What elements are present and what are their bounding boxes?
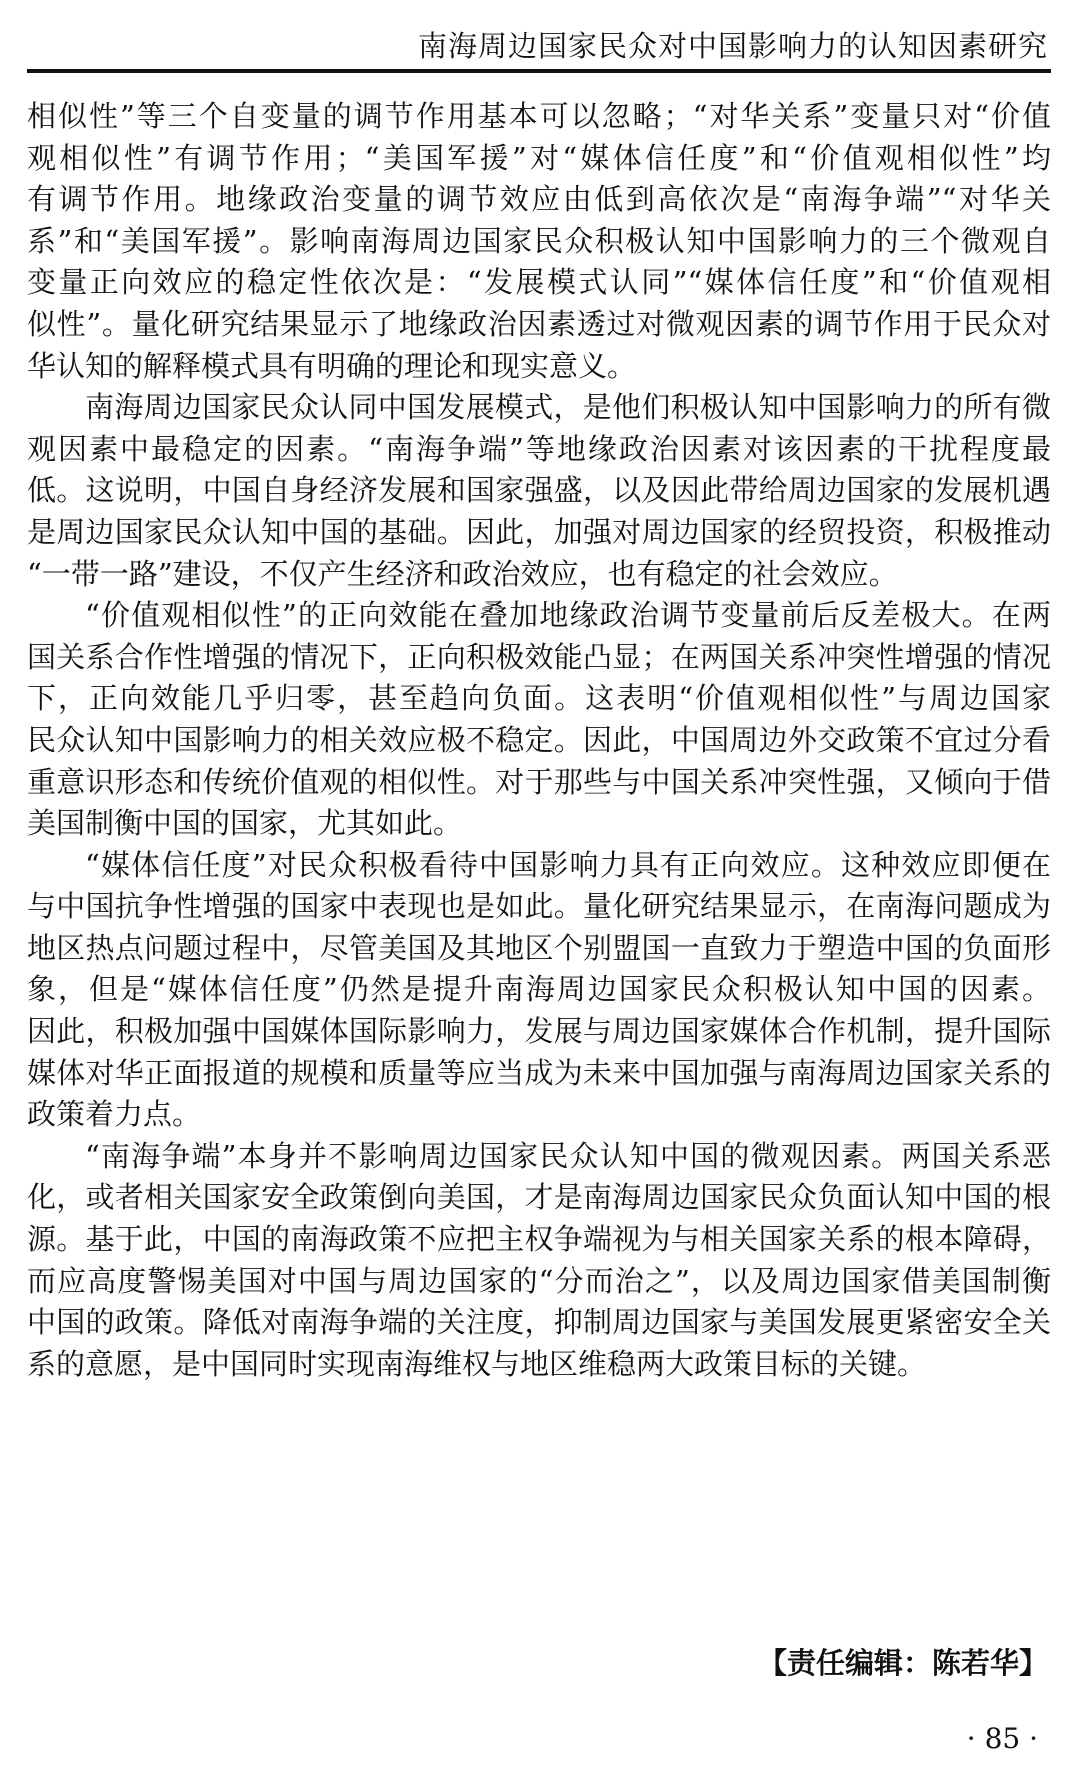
text-line: 有调节作用。地缘政治变量的调节效应由低到高依次是“南海争端”“对华关 — [27, 179, 1051, 221]
text-line: 与中国抗争性增强的国家中表现也是如此。量化研究结果显示，在南海问题成为 — [27, 886, 1051, 928]
text-line: 系”和“美国军援”。影响南海周边国家民众积极认知中国影响力的三个微观自 — [27, 221, 1051, 263]
editor-note: 【责任编辑：陈若华】 — [758, 1641, 1048, 1682]
text-line: 民众认知中国影响力的相关效应极不稳定。因此，中国周边外交政策不宜过分看 — [27, 720, 1051, 762]
text-line: 重意识形态和传统价值观的相似性。对于那些与中国关系冲突性强，又倾向于借 — [27, 762, 1051, 804]
text-line: “媒体信任度”对民众积极看待中国影响力具有正向效应。这种效应即便在 — [27, 845, 1051, 887]
text-line: 下，正向效能几乎归零，甚至趋向负面。这表明“价值观相似性”与周边国家 — [27, 678, 1051, 720]
text-line: “一带一路”建设，不仅产生经济和政治效应，也有稳定的社会效应。 — [27, 554, 1051, 596]
text-line: 系的意愿，是中国同时实现南海维权与地区维稳两大政策目标的关键。 — [27, 1344, 1051, 1386]
text-line: 化，或者相关国家安全政策倒向美国，才是南海周边国家民众负面认知中国的根 — [27, 1177, 1051, 1219]
body-text: 相似性”等三个自变量的调节作用基本可以忽略；“对华关系”变量只对“价值观相似性”… — [27, 96, 1051, 1385]
text-line: 华认知的解释模式具有明确的理论和现实意义。 — [27, 346, 1051, 388]
text-line: 源。基于此，中国的南海政策不应把主权争端视为与相关国家关系的根本障碍， — [27, 1219, 1051, 1261]
text-line: 是周边国家民众认知中国的基础。因此，加强对周边国家的经贸投资，积极推动 — [27, 512, 1051, 554]
text-line: 象，但是“媒体信任度”仍然是提升南海周边国家民众积极认知中国的因素。 — [27, 969, 1051, 1011]
text-line: 中国的政策。降低对南海争端的关注度，抑制周边国家与美国发展更紧密安全关 — [27, 1302, 1051, 1344]
text-line: 媒体对华正面报道的规模和质量等应当成为未来中国加强与南海周边国家关系的 — [27, 1053, 1051, 1095]
text-line: 低。这说明，中国自身经济发展和国家强盛，以及因此带给周边国家的发展机遇 — [27, 470, 1051, 512]
text-line: “价值观相似性”的正向效能在叠加地缘政治调节变量前后反差极大。在两 — [27, 595, 1051, 637]
text-line: 美国制衡中国的国家，尤其如此。 — [27, 803, 1051, 845]
text-line: 观相似性”有调节作用；“美国军援”对“媒体信任度”和“价值观相似性”均 — [27, 138, 1051, 180]
text-line: 变量正向效应的稳定性依次是：“发展模式认同”“媒体信任度”和“价值观相 — [27, 262, 1051, 304]
text-line: 政策着力点。 — [27, 1094, 1051, 1136]
text-line: 似性”。量化研究结果显示了地缘政治因素透过对微观因素的调节作用于民众对 — [27, 304, 1051, 346]
text-line: 因此，积极加强中国媒体国际影响力，发展与周边国家媒体合作机制，提升国际 — [27, 1011, 1051, 1053]
header-rule — [27, 69, 1051, 73]
page-number: · 85 · — [967, 1722, 1038, 1755]
text-line: 国关系合作性增强的情况下，正向积极效能凸显；在两国关系冲突性增强的情况 — [27, 637, 1051, 679]
text-line: 观因素中最稳定的因素。“南海争端”等地缘政治因素对该因素的干扰程度最 — [27, 429, 1051, 471]
text-line: 而应高度警惕美国对中国与周边国家的“分而治之”，以及周边国家借美国制衡 — [27, 1261, 1051, 1303]
text-line: “南海争端”本身并不影响周边国家民众认知中国的微观因素。两国关系恶 — [27, 1136, 1051, 1178]
running-header-title: 南海周边国家民众对中国影响力的认知因素研究 — [418, 24, 1048, 65]
text-line: 地区热点问题过程中，尽管美国及其地区个别盟国一直致力于塑造中国的负面形 — [27, 928, 1051, 970]
text-line: 南海周边国家民众认同中国发展模式，是他们积极认知中国影响力的所有微 — [27, 387, 1051, 429]
text-line: 相似性”等三个自变量的调节作用基本可以忽略；“对华关系”变量只对“价值 — [27, 96, 1051, 138]
